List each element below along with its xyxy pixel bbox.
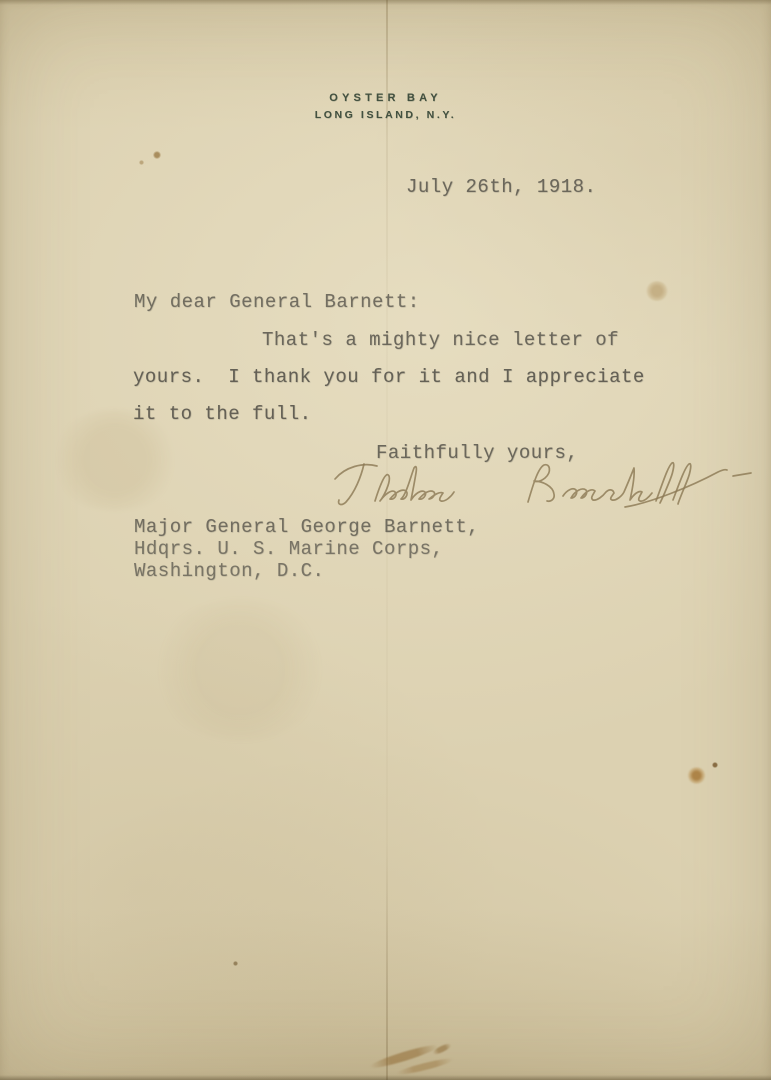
address-line-2: Hdqrs. U. S. Marine Corps, [134, 538, 443, 560]
faint-stain [150, 600, 330, 740]
date-line: July 26th, 1918. [406, 176, 596, 198]
letterhead: OYSTER BAY LONG ISLAND, N.Y. [0, 92, 771, 121]
salutation: My dear General Barnett: [134, 291, 420, 313]
signature-ink-strokes [325, 455, 770, 519]
signature-theodore-roosevelt [325, 455, 770, 519]
address-line-1: Major General George Barnett, [134, 516, 479, 538]
foxing-speck [712, 762, 718, 768]
ink-smudge [396, 1056, 454, 1077]
foxing-speck [139, 160, 144, 165]
paper-bottom-edge [0, 1075, 771, 1080]
letterhead-line-1: OYSTER BAY [0, 92, 771, 104]
typed-letter-document: OYSTER BAY LONG ISLAND, N.Y. July 26th, … [0, 0, 771, 1080]
foxing-speck [153, 151, 161, 159]
body-line-2: yours. I thank you for it and I apprecia… [133, 366, 645, 388]
faint-stain [50, 410, 180, 510]
stain-spot [646, 281, 668, 301]
address-line-3: Washington, D.C. [134, 560, 324, 582]
body-line-1: That's a mighty nice letter of [262, 329, 619, 351]
foxing-speck [233, 961, 238, 966]
paper-top-edge [0, 0, 771, 5]
ink-smudge [432, 1042, 453, 1056]
foxing-spot [687, 767, 706, 784]
ink-smudge [368, 1042, 439, 1072]
body-line-3: it to the full. [133, 403, 312, 425]
letterhead-line-2: LONG ISLAND, N.Y. [0, 109, 771, 121]
